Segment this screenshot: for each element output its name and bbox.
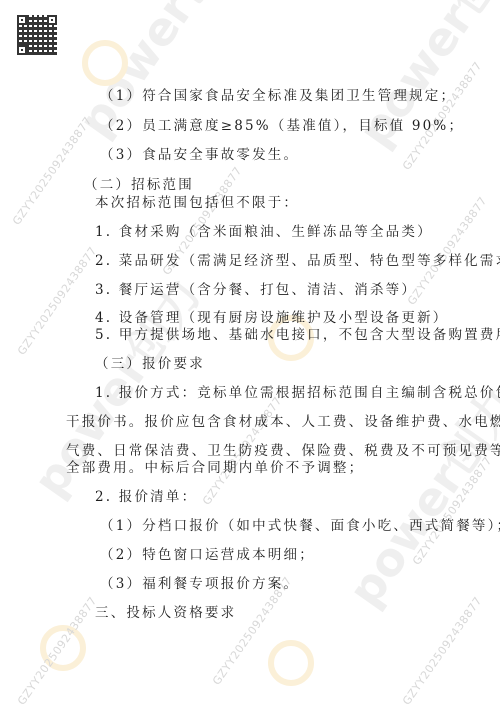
document-line: （2）特色窗口运营成本明细；: [100, 543, 315, 563]
document-line: （1）分档口报价（如中式快餐、面食小吃、西式简餐等）；: [100, 514, 500, 534]
document-line: 5. 甲方提供场地、基础水电接口，不包含大型设备购置费用。: [95, 323, 500, 343]
watermark-code: GZYY2025092438877: [400, 594, 485, 707]
document-line: 2. 报价清单：: [95, 485, 197, 505]
document-line: 全部费用。中标后合同期内单价不予调整；: [66, 456, 364, 476]
document-line: 1. 报价方式：竞标单位需根据招标范围自主编制含税总价包: [95, 381, 500, 401]
document-line: （二）招标范围: [84, 173, 194, 193]
watermark-circle: [268, 640, 314, 686]
document-line: 1. 食材采购（含米面粮油、生鲜冻品等全品类）: [95, 220, 433, 240]
document-line: （3）福利餐专项报价方案。: [100, 572, 299, 592]
watermark-layer: power创力 power创力 power创力 power创力 GZYY2025…: [0, 0, 500, 707]
qr-code-icon: [17, 15, 57, 55]
document-line: 三、投标人资格要求: [95, 601, 236, 621]
document-line: 3. 餐厅运营（含分餐、打包、清洁、消杀等）: [95, 278, 417, 298]
document-line: （3）食品安全事故零发生。: [100, 143, 299, 163]
watermark-code: GZYY2025092438877: [410, 454, 495, 567]
watermark-code: GZYY2025092438877: [15, 594, 100, 707]
watermark-code: GZYY2025092438877: [10, 114, 95, 227]
document-line: 干报价书。报价应包含食材成本、人工费、设备维护费、水电燃: [66, 410, 500, 430]
document-line: （2）员工满意度≥85%（基准值），目标值 90%；: [100, 114, 464, 134]
watermark-code: GZYY2025092438877: [15, 244, 100, 357]
watermark-brand: power创力: [340, 0, 500, 158]
document-line: 本次招标范围包括但不限于：: [95, 191, 299, 211]
document-line: （1）符合国家食品安全标准及集团卫生管理规定；: [100, 84, 456, 104]
watermark-circle: [82, 40, 128, 86]
watermark-circle: [40, 625, 86, 671]
document-line: （三）报价要求: [95, 352, 205, 372]
document-line: 2. 菜品研发（需满足经济型、品质型、特色型等多样化需求）: [95, 249, 500, 269]
